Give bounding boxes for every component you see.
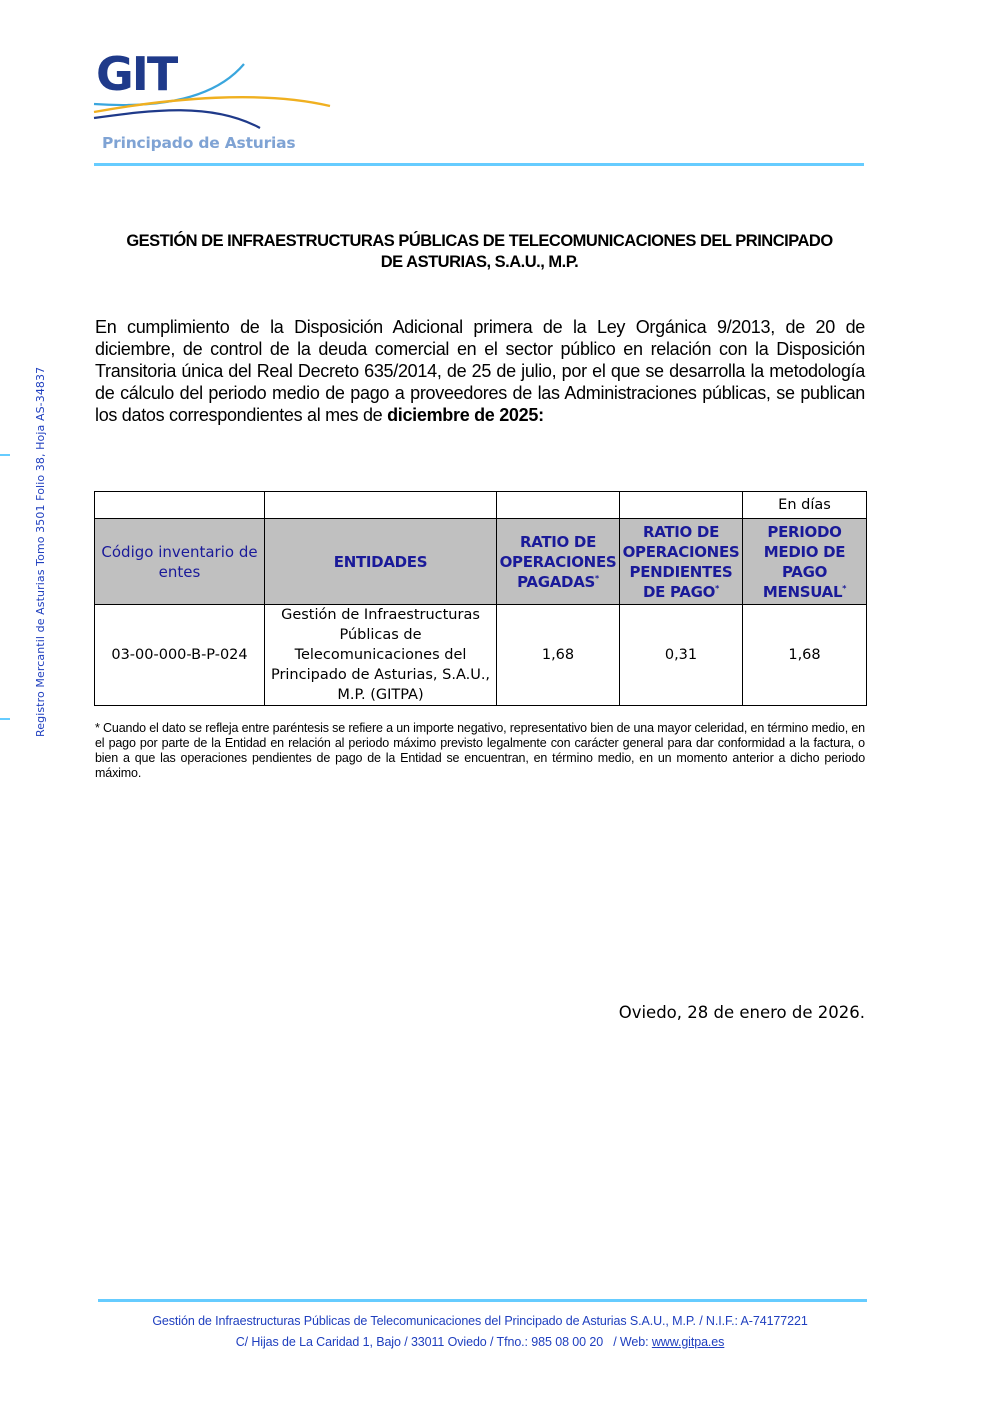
intro-period: diciembre de 2025: <box>387 405 544 425</box>
cell-ratio-pendientes: 0,31 <box>620 605 743 706</box>
header-entidades: ENTIDADES <box>265 519 497 605</box>
git-logo-icon: GIT <box>92 52 342 132</box>
logo-subtitle: Principado de Asturias <box>102 134 295 152</box>
intro-paragraph: En cumplimiento de la Disposición Adicio… <box>95 316 865 426</box>
title-line-1: GESTIÓN DE INFRAESTRUCTURAS PÚBLICAS DE … <box>94 231 865 252</box>
footer: Gestión de Infraestructuras Públicas de … <box>94 1311 866 1353</box>
title-line-2: DE ASTURIAS, S.A.U., M.P. <box>94 252 865 273</box>
footer-company-line: Gestión de Infraestructuras Públicas de … <box>94 1311 866 1332</box>
units-row: En días <box>95 492 867 519</box>
header-ratio-pagadas: RATIO DE OPERACIONES PAGADAS* <box>497 519 620 605</box>
empty-cell <box>265 492 497 519</box>
empty-cell <box>620 492 743 519</box>
table-header-row: Código inventario de entes ENTIDADES RAT… <box>95 519 867 605</box>
units-label: En días <box>743 492 867 519</box>
cell-pmp-mensual: 1,68 <box>743 605 867 706</box>
document-title: GESTIÓN DE INFRAESTRUCTURAS PÚBLICAS DE … <box>94 231 865 273</box>
empty-cell <box>497 492 620 519</box>
registry-side-note: Registro Mercantil de Asturias Tomo 3501… <box>34 367 47 737</box>
margin-tick-top <box>0 454 10 456</box>
header-divider <box>94 163 864 166</box>
footer-address: C/ Hijas de La Caridad 1, Bajo / 33011 O… <box>236 1335 652 1349</box>
payment-period-table: En días Código inventario de entes ENTID… <box>94 491 867 706</box>
cell-codigo: 03-00-000-B-P-024 <box>95 605 265 706</box>
footnote: * Cuando el dato se refleja entre parént… <box>95 721 865 781</box>
footer-contact-line: C/ Hijas de La Caridad 1, Bajo / 33011 O… <box>94 1332 866 1353</box>
cell-ratio-pagadas: 1,68 <box>497 605 620 706</box>
website-link[interactable]: www.gitpa.es <box>652 1335 724 1349</box>
cell-entidad: Gestión de Infraestructuras Públicas de … <box>265 605 497 706</box>
header-codigo: Código inventario de entes <box>95 519 265 605</box>
margin-tick-bottom <box>0 718 10 720</box>
company-logo: GIT Principado de Asturias <box>92 52 342 162</box>
header-pmp-mensual: PERIODO MEDIO DE PAGO MENSUAL* <box>743 519 867 605</box>
footer-divider <box>98 1299 867 1302</box>
table-row: 03-00-000-B-P-024 Gestión de Infraestruc… <box>95 605 867 706</box>
header-ratio-pendientes: RATIO DE OPERACIONES PENDIENTES DE PAGO* <box>620 519 743 605</box>
empty-cell <box>95 492 265 519</box>
logo-acronym: GIT <box>96 52 179 101</box>
dateline: Oviedo, 28 de enero de 2026. <box>619 1003 865 1022</box>
